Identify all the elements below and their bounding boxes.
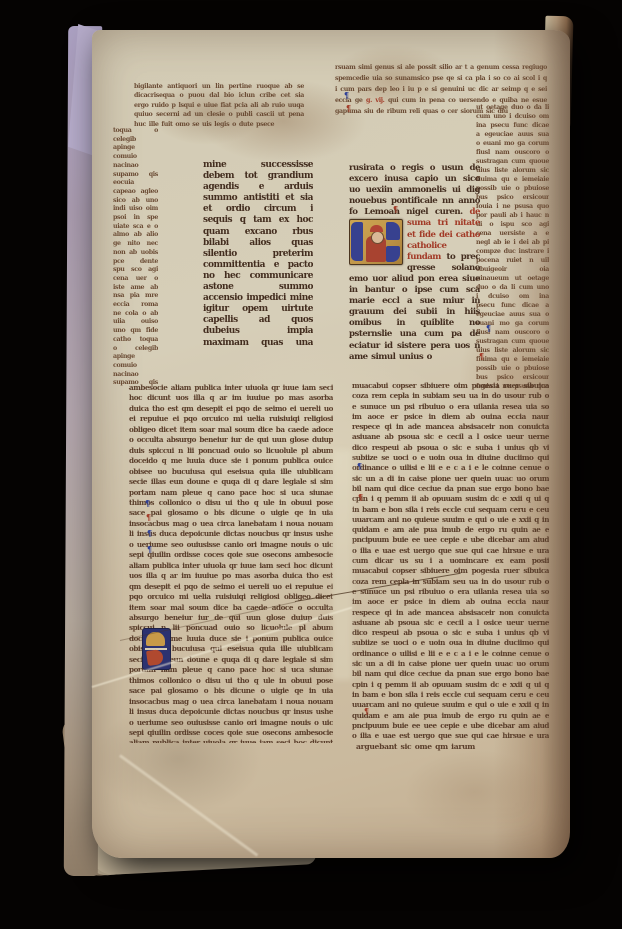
gloss-top-right-rubric: g. vij. — [366, 97, 384, 104]
paragraph-mark-icon: ¶ — [479, 352, 484, 360]
main-right-pre-text: rusirata o regis o usun de excero inusa … — [349, 163, 480, 217]
commentary-block-left: ambesocie aliam publica inter uiuola qr … — [129, 383, 333, 743]
historiated-initial-bishop — [349, 219, 403, 265]
main-column-right: rusirata o regis o usun de excero inusa … — [349, 163, 480, 391]
gloss-right-margin: ut oetage duo o da li cum uno i dcuiso o… — [476, 103, 549, 392]
gloss-top-left: bigilante antiquori un lin pertine ruoqu… — [134, 82, 304, 130]
initial-figure-mitre — [370, 225, 383, 232]
manuscript-photograph: bigilante antiquori un lin pertine ruoqu… — [0, 0, 622, 929]
initial-blue-letterform — [386, 246, 400, 262]
main-column-left: mine successisse debem tot grandium agen… — [203, 160, 313, 348]
paragraph-mark-icon: ¶ — [358, 493, 363, 501]
parchment-fold-crease — [119, 754, 258, 856]
paragraph-mark-icon: ¶ — [145, 499, 150, 507]
paragraph-mark-icon: ¶ — [146, 513, 151, 521]
commentary-block-right: muacabui copser sibiuere oim pogesia rue… — [352, 381, 549, 741]
initial-blue-letterform — [386, 222, 400, 240]
initial-blue-letterform — [351, 222, 363, 261]
commentary-final-line: arguebant sic ome qm iarum — [356, 742, 486, 755]
paragraph-mark-icon: ¶ — [147, 529, 152, 537]
paragraph-mark-icon: ¶ — [364, 707, 369, 715]
main-right-post-text: to prec qresse solano emo uor aliud pon … — [349, 252, 480, 362]
paragraph-mark-icon: ¶ — [346, 104, 351, 112]
paragraph-mark-icon: ¶ — [344, 91, 349, 99]
manuscript-page: bigilante antiquori un lin pertine ruoqu… — [92, 30, 570, 858]
paragraph-mark-icon: ¶ — [147, 545, 152, 553]
paragraph-mark-icon: ¶ — [357, 462, 362, 470]
gloss-left-margin: toqua o celegib apinge comuio nacinao su… — [113, 127, 158, 389]
paragraph-mark-icon: ¶ — [393, 205, 398, 213]
paragraph-mark-icon: ¶ — [486, 324, 491, 332]
gutter-light-band — [332, 450, 352, 680]
